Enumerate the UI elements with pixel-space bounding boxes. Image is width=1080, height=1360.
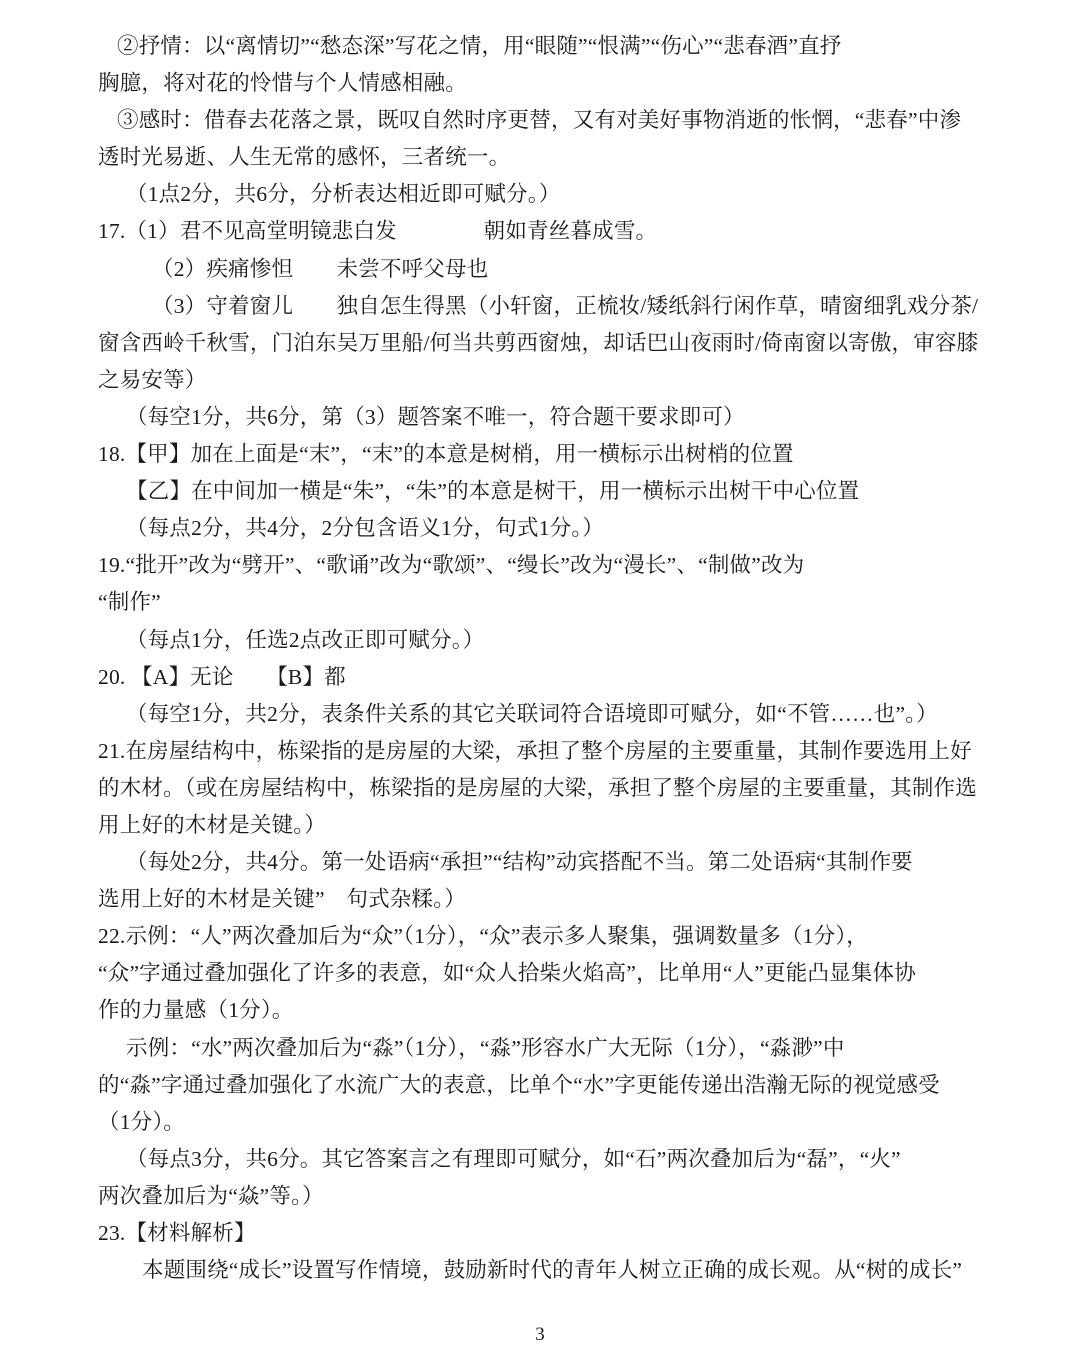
text-line: 两次叠加后为“焱”等。） bbox=[98, 1178, 990, 1215]
text-line: 之易安等） bbox=[98, 362, 990, 399]
text-line: （2）疾痛惨怛 未尝不呼父母也 bbox=[152, 251, 990, 288]
text-line: 19.“批开”改为“劈开”、“歌诵”改为“歌颂”、“缦长”改为“漫长”、“制做”… bbox=[98, 547, 990, 584]
text-line: 窗含西岭千秋雪，门泊东吴万里船/何当共剪西窗烛，却话巴山夜雨时/倚南窗以寄傲，审… bbox=[98, 325, 990, 362]
text-line: 本题围绕“成长”设置写作情境，鼓励新时代的青年人树立正确的成长观。从“树的成长” bbox=[142, 1252, 990, 1289]
text-line: 18.【甲】加在上面是“末”，“末”的本意是树梢，用一横标示出树梢的位置 bbox=[98, 436, 990, 473]
document-lines: ②抒情：以“离情切”“愁态深”写花之情，用“眼随”“恨满”“伤心”“悲春酒”直抒… bbox=[98, 28, 990, 1289]
text-line: （1点2分，共6分，分析表达相近即可赋分。） bbox=[126, 176, 990, 213]
text-line: 示例：“水”两次叠加后为“淼”（1分），“淼”形容水广大无际（1分），“淼渺”中 bbox=[126, 1030, 990, 1067]
text-line: （3）守着窗儿 独自怎生得黑（小轩窗，正梳妆/矮纸斜行闲作草，晴窗细乳戏分茶/ bbox=[152, 288, 990, 325]
text-line: ③感时：借春去花落之景，既叹自然时序更替，又有对美好事物消逝的怅惘，“悲春”中渗 bbox=[117, 102, 990, 139]
text-line: 的木材。（或在房屋结构中，栋梁指的是房屋的大梁，承担了整个房屋的主要重量，其制作… bbox=[98, 770, 990, 807]
text-line: “众”字通过叠加强化了许多的表意，如“众人拾柴火焰高”，比单用“人”更能凸显集体… bbox=[98, 955, 990, 992]
page-number: 3 bbox=[0, 1324, 1080, 1346]
text-line: （每点1分，任选2点改正即可赋分。） bbox=[126, 622, 990, 659]
text-line: 21.在房屋结构中，栋梁指的是房屋的大梁，承担了整个房屋的主要重量，其制作要选用… bbox=[98, 733, 990, 770]
text-line: 透时光易逝、人生无常的感怀，三者统一。 bbox=[98, 139, 990, 176]
text-line: 的“淼”字通过叠加强化了水流广大的表意，比单个“水”字更能传递出浩瀚无际的视觉感… bbox=[98, 1067, 990, 1104]
text-line: （每点3分，共6分。其它答案言之有理即可赋分，如“石”两次叠加后为“磊”，“火” bbox=[126, 1141, 990, 1178]
text-line: “制作” bbox=[98, 584, 990, 621]
document-page: ②抒情：以“离情切”“愁态深”写花之情，用“眼随”“恨满”“伤心”“悲春酒”直抒… bbox=[0, 0, 1080, 1360]
text-line: （每处2分，共4分。第一处语病“承担”“结构”动宾搭配不当。第二处语病“其制作要 bbox=[126, 844, 990, 881]
text-line: 22.示例：“人”两次叠加后为“众”（1分），“众”表示多人聚集，强调数量多（1… bbox=[98, 918, 990, 955]
text-line: （每空1分，共6分，第（3）题答案不唯一，符合题干要求即可） bbox=[126, 399, 990, 436]
text-line: 17.（1）君不见高堂明镜悲白发 朝如青丝暮成雪。 bbox=[98, 213, 990, 250]
text-line: 作的力量感（1分）。 bbox=[98, 992, 990, 1029]
text-line: 20. 【A】无论 【B】都 bbox=[98, 659, 990, 696]
text-line: 【乙】在中间加一横是“朱”，“朱”的本意是树干，用一横标示出树干中心位置 bbox=[126, 473, 990, 510]
text-line: 用上好的木材是关键。） bbox=[98, 807, 990, 844]
text-line: ②抒情：以“离情切”“愁态深”写花之情，用“眼随”“恨满”“伤心”“悲春酒”直抒 bbox=[117, 28, 990, 65]
text-line: 选用上好的木材是关键” 句式杂糅。） bbox=[98, 881, 990, 918]
text-line: （1分）。 bbox=[98, 1104, 990, 1141]
text-line: （每空1分，共2分，表条件关系的其它关联词符合语境即可赋分，如“不管……也”。） bbox=[126, 696, 990, 733]
text-line: 胸臆，将对花的怜惜与个人情感相融。 bbox=[98, 65, 990, 102]
text-line: （每点2分，共4分，2分包含语义1分，句式1分。） bbox=[126, 510, 990, 547]
text-line: 23.【材料解析】 bbox=[98, 1215, 990, 1252]
